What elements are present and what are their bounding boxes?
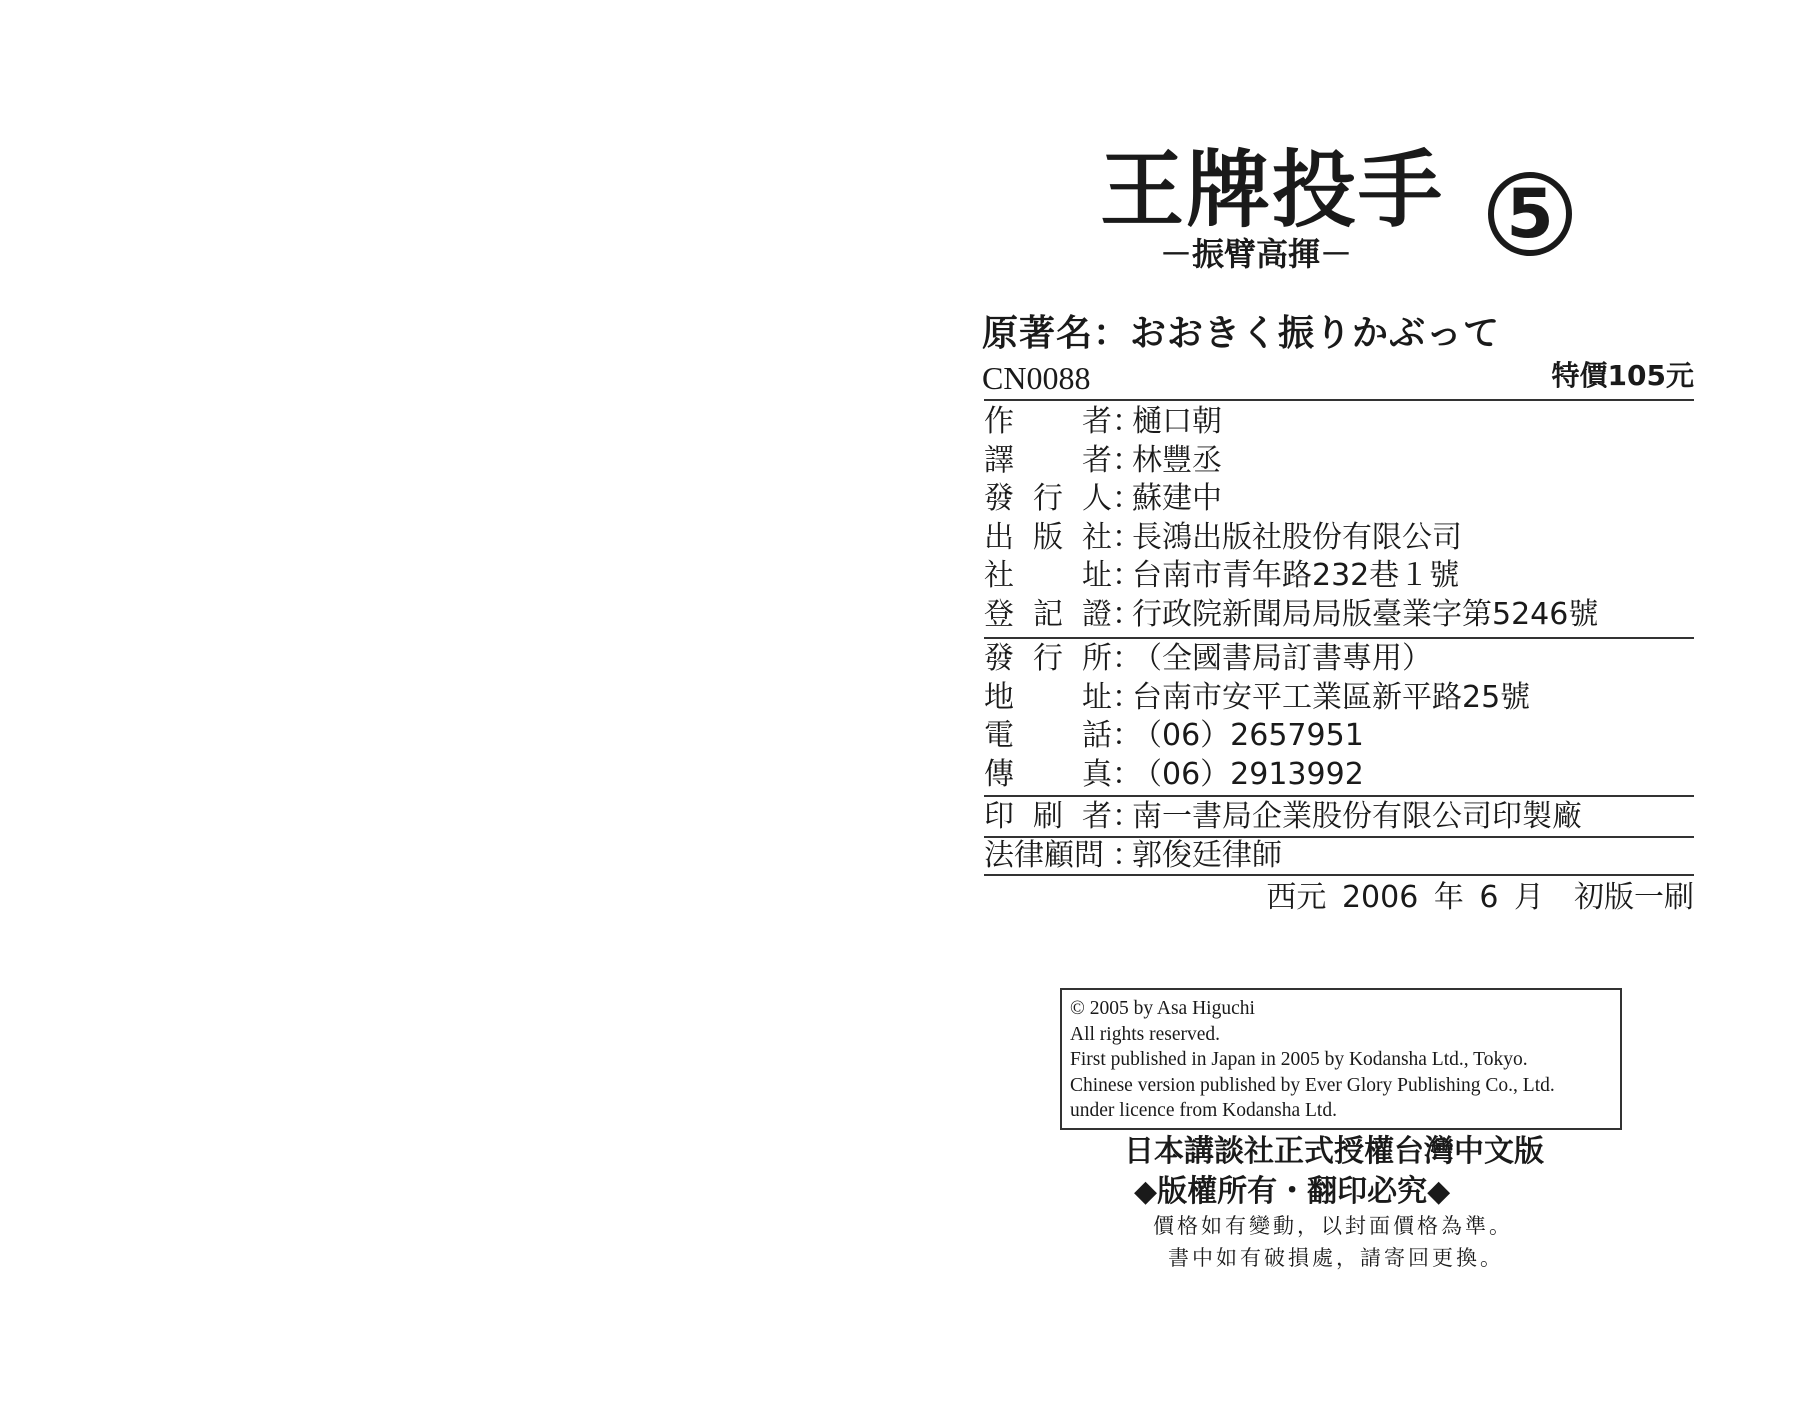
info-row: 發行人：蘇建中 xyxy=(984,480,1598,519)
copyright-line: under licence from Kodansha Ltd. xyxy=(1070,1098,1612,1124)
colon: ： xyxy=(1112,519,1132,558)
original-title: 原著名：おおきく振りかぶって xyxy=(982,316,1500,352)
colon: ： xyxy=(1112,480,1132,519)
divider xyxy=(984,637,1694,639)
book-price: 特價105元 xyxy=(1552,362,1694,394)
info-value: （全國書局訂書專用） xyxy=(1132,640,1432,679)
info-label: 印刷者 xyxy=(984,798,1112,837)
info-value: 樋口朝 xyxy=(1132,403,1222,442)
distribution-list: 發行所：（全國書局訂書專用）地址：台南市安平工業區新平路25號電話：（06）26… xyxy=(984,640,1530,794)
copyright-line: All rights reserved. xyxy=(1070,1022,1612,1048)
info-label: 譯者 xyxy=(984,442,1112,481)
colon: ： xyxy=(1112,837,1132,876)
license-statement: 日本講談社正式授權台灣中文版 xyxy=(1124,1137,1544,1167)
credits-list: 作者：樋口朝譯者：林豐丞發行人：蘇建中出版社：長鴻出版社股份有限公司社址：台南市… xyxy=(984,403,1598,634)
info-row: 印刷者：南一書局企業股份有限公司印製廠 xyxy=(984,798,1582,837)
colon: ： xyxy=(1112,756,1132,795)
divider xyxy=(984,399,1694,401)
info-label: 地址 xyxy=(984,679,1112,718)
copyright-box: © 2005 by Asa Higuchi All rights reserve… xyxy=(1060,988,1622,1130)
copyright-line: © 2005 by Asa Higuchi xyxy=(1070,996,1612,1022)
edition-date: 西元 2006 年 6 月 初版一刷 xyxy=(1266,883,1694,913)
info-label: 電話 xyxy=(984,717,1112,756)
info-value: 南一書局企業股份有限公司印製廠 xyxy=(1132,798,1582,837)
info-value: 行政院新聞局局版臺業字第5246號 xyxy=(1132,596,1598,635)
info-row: 發行所：（全國書局訂書專用） xyxy=(984,640,1530,679)
info-row: 作者：樋口朝 xyxy=(984,403,1598,442)
colon: ： xyxy=(1112,596,1132,635)
info-row: 出版社：長鴻出版社股份有限公司 xyxy=(984,519,1598,558)
rights-statement: ◆版權所有・翻印必究◆ xyxy=(1134,1177,1450,1207)
info-value: 林豐丞 xyxy=(1132,442,1222,481)
colon: ： xyxy=(1112,640,1132,679)
colon: ： xyxy=(1112,717,1132,756)
info-value: 長鴻出版社股份有限公司 xyxy=(1132,519,1462,558)
info-value: （06）2657951 xyxy=(1132,717,1364,756)
colon: ： xyxy=(1112,557,1132,596)
colon: ： xyxy=(1112,442,1132,481)
info-value: 蘇建中 xyxy=(1132,480,1222,519)
info-row: 譯者：林豐丞 xyxy=(984,442,1598,481)
info-row: 電話：（06）2657951 xyxy=(984,717,1530,756)
printer-row: 印刷者：南一書局企業股份有限公司印製廠 xyxy=(984,798,1582,837)
info-label: 發行所 xyxy=(984,640,1112,679)
colon: ： xyxy=(1112,679,1132,718)
divider xyxy=(984,874,1694,876)
copyright-line: First published in Japan in 2005 by Koda… xyxy=(1070,1047,1612,1073)
info-row: 法律顧問：郭俊廷律師 xyxy=(984,837,1282,876)
book-title: 王牌投手 xyxy=(1100,148,1444,232)
code-price-row: CN0088 特價105元 xyxy=(982,362,1694,394)
info-label: 法律顧問 xyxy=(984,837,1112,876)
info-value: 台南市青年路232巷１號 xyxy=(1132,557,1459,596)
info-row: 地址：台南市安平工業區新平路25號 xyxy=(984,679,1530,718)
info-value: 台南市安平工業區新平路25號 xyxy=(1132,679,1530,718)
info-label: 社址 xyxy=(984,557,1112,596)
info-label: 傳真 xyxy=(984,756,1112,795)
info-value: （06）2913992 xyxy=(1132,756,1364,795)
colon: ： xyxy=(1112,798,1132,837)
info-row: 登記證：行政院新聞局局版臺業字第5246號 xyxy=(984,596,1598,635)
info-row: 社址：台南市青年路232巷１號 xyxy=(984,557,1598,596)
info-value: 郭俊廷律師 xyxy=(1132,837,1282,876)
volume-number-badge: 5 xyxy=(1488,172,1572,256)
legal-row: 法律顧問：郭俊廷律師 xyxy=(984,837,1282,876)
colon: ： xyxy=(1112,403,1132,442)
book-subtitle: －振臂高揮－ xyxy=(1160,238,1352,270)
info-label: 出版社 xyxy=(984,519,1112,558)
divider xyxy=(984,795,1694,797)
damage-notice: 書中如有破損處，請寄回更換。 xyxy=(1168,1248,1504,1269)
info-label: 登記證 xyxy=(984,596,1112,635)
book-code: CN0088 xyxy=(982,362,1090,394)
copyright-line: Chinese version published by Ever Glory … xyxy=(1070,1073,1612,1099)
price-notice: 價格如有變動，以封面價格為準。 xyxy=(1153,1216,1513,1237)
info-label: 發行人 xyxy=(984,480,1112,519)
info-row: 傳真：（06）2913992 xyxy=(984,756,1530,795)
info-label: 作者 xyxy=(984,403,1112,442)
